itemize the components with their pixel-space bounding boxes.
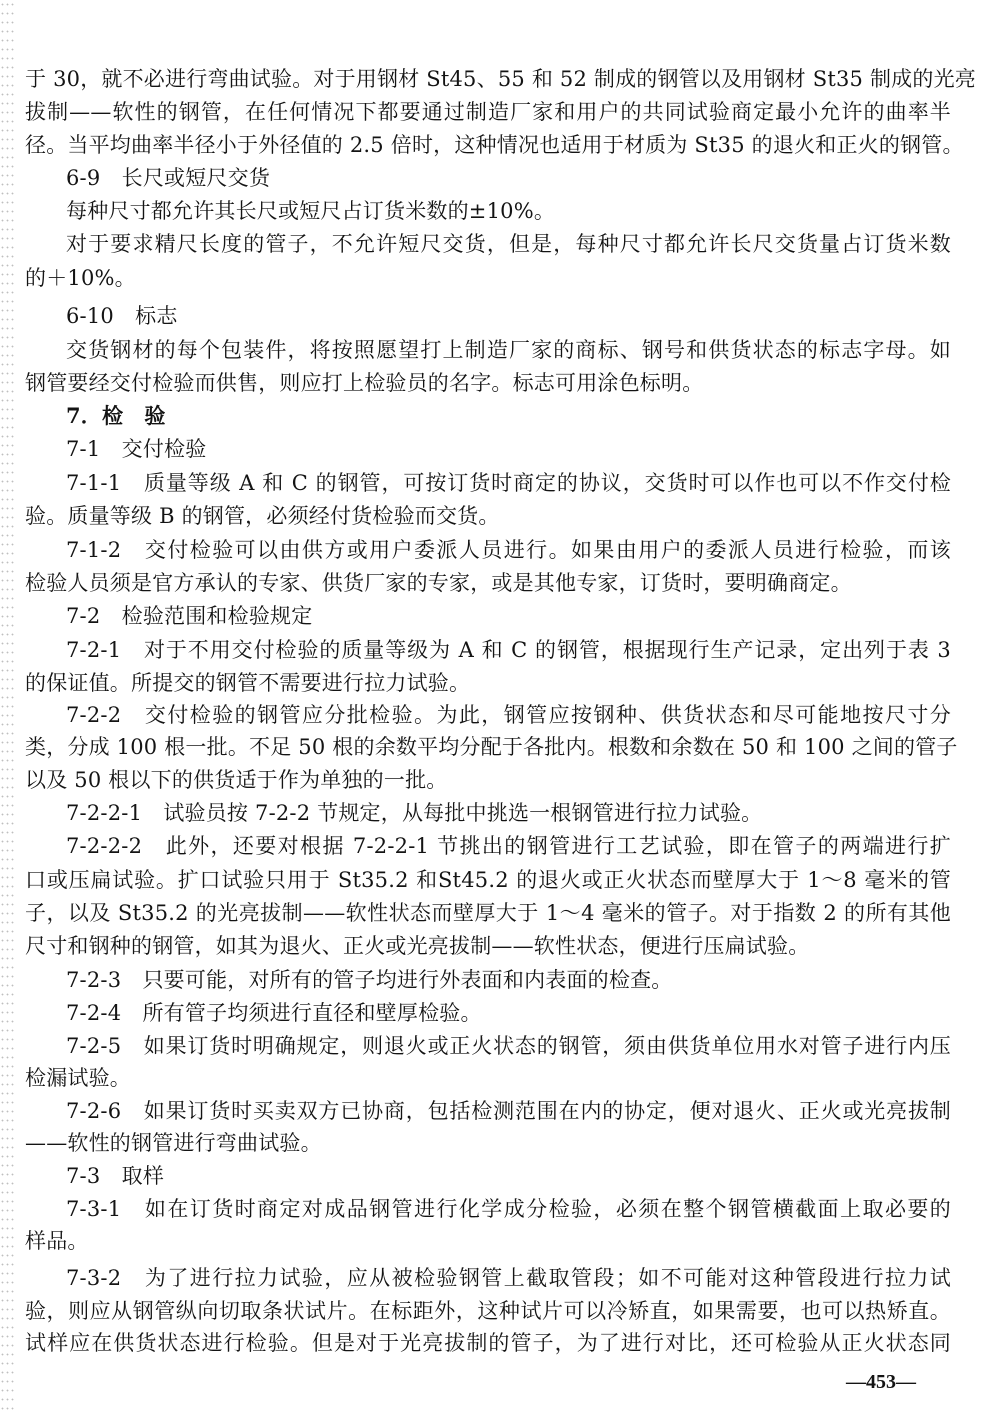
text-line: 钢管要经交付检验而供售，则应打上检验员的名字。标志可用涂色标明。 bbox=[25, 368, 703, 398]
text-line: 7-1-2 交付检验可以由供方或用户委派人员进行。如果由用户的委派人员进行检验，… bbox=[66, 535, 951, 565]
text-line: 口或压扁试验。扩口试验只用于 St35.2 和St45.2 的退火或正火状态而壁… bbox=[25, 865, 951, 895]
text-line: 试样应在供货状态进行检验。但是对于光亮拔制的管子，为了进行对比，还可检验从正火状… bbox=[25, 1328, 951, 1358]
text-line: 每种尺寸都允许其长尺或短尺占订货米数的±10%。 bbox=[66, 196, 555, 226]
text-line: 以及 50 根以下的供货适于作为单独的一批。 bbox=[25, 765, 447, 795]
text-line: 的＋10%。 bbox=[25, 263, 136, 293]
text-line: 径。当平均曲率半径小于外径值的 2.5 倍时，这种情况也适用于材质为 St35 … bbox=[25, 130, 951, 160]
text-line: 7-3-2 为了进行拉力试验，应从被检验钢管上截取管段；如不可能对这种管段进行拉… bbox=[66, 1263, 951, 1293]
section-heading-7-2: 7-2 检验范围和检验规定 bbox=[66, 601, 312, 631]
text-line: 7-2-5 如果订货时明确规定，则退火或正火状态的钢管，须由供货单位用水对管子进… bbox=[66, 1031, 951, 1061]
text-line: 尺寸和钢种的钢管，如其为退火、正火或光亮拔制——软性状态，便进行压扁试验。 bbox=[25, 931, 809, 961]
chapter-heading-7: 7．检 验 bbox=[66, 401, 166, 431]
text-line: 拔制——软性的钢管，在任何情况下都要通过制造厂家和用户的共同试验商定最小允许的曲… bbox=[25, 97, 951, 127]
text-line: 7-2-4 所有管子均须进行直径和壁厚检验。 bbox=[66, 998, 482, 1028]
scan-edge-specks bbox=[0, 0, 14, 1416]
text-line: 子，以及 St35.2 的光亮拔制——软性状态而壁厚大于 1～4 毫米的管子。对… bbox=[25, 898, 951, 928]
text-line: 检验人员须是官方承认的专家、供货厂家的专家，或是其他专家，订货时，要明确商定。 bbox=[25, 568, 852, 598]
page-number: —453— bbox=[846, 1368, 916, 1396]
text-line: 7-2-6 如果订货时买卖双方已协商，包括检测范围在内的协定，便对退火、正火或光… bbox=[66, 1096, 951, 1126]
text-line: 样品。 bbox=[25, 1226, 89, 1256]
section-heading-6-10: 6-10 标志 bbox=[66, 301, 178, 331]
section-heading-6-9: 6-9 长尺或短尺交货 bbox=[66, 163, 270, 193]
text-line: 对于要求精尺长度的管子，不允许短尺交货，但是，每种尺寸都允许长尺交货量占订货米数 bbox=[66, 229, 951, 259]
text-line: 7-2-1 对于不用交付检验的质量等级为 A 和 C 的钢管，根据现行生产记录，… bbox=[66, 635, 951, 665]
text-line: 7-2-2 交付检验的钢管应分批检验。为此，钢管应按钢种、供货状态和尽可能地按尺… bbox=[66, 700, 951, 730]
text-line: 验，则应从钢管纵向切取条状试片。在标距外，这种试片可以冷矫直，如果需要，也可以热… bbox=[25, 1296, 951, 1326]
text-line: 7-3-1 如在订货时商定对成品钢管进行化学成分检验，必须在整个钢管横截面上取必… bbox=[66, 1194, 951, 1224]
section-heading-7-1: 7-1 交付检验 bbox=[66, 434, 206, 464]
text-line: 7-1-1 质量等级 A 和 C 的钢管，可按订货时商定的协议，交货时可以作也可… bbox=[66, 468, 951, 498]
text-line: 于 30，就不必进行弯曲试验。对于用钢材 St45、55 和 52 制成的钢管以… bbox=[25, 64, 951, 94]
section-heading-7-3: 7-3 取样 bbox=[66, 1161, 164, 1191]
text-line: 检漏试验。 bbox=[25, 1063, 131, 1093]
text-line: 7-2-3 只要可能，对所有的管子均进行外表面和内表面的检查。 bbox=[66, 965, 672, 995]
text-line: 交货钢材的每个包装件，将按照愿望打上制造厂家的商标、钢号和供货状态的标志字母。如 bbox=[66, 335, 951, 365]
text-line: 的保证值。所提交的钢管不需要进行拉力试验。 bbox=[25, 668, 470, 698]
text-line: 7-2-2-1 试验员按 7-2-2 节规定，从每批中挑选一根钢管进行拉力试验。 bbox=[66, 798, 762, 828]
document-page: 于 30，就不必进行弯曲试验。对于用钢材 St45、55 和 52 制成的钢管以… bbox=[0, 0, 1004, 1416]
text-line: 验。质量等级 B 的钢管，必须经付货检验而交货。 bbox=[25, 501, 500, 531]
text-line: ——软性的钢管进行弯曲试验。 bbox=[25, 1128, 322, 1158]
text-line: 7-2-2-2 此外，还要对根据 7-2-2-1 节挑出的钢管进行工艺试验，即在… bbox=[66, 831, 951, 861]
text-line: 类，分成 100 根一批。不足 50 根的余数平均分配于各批内。根数和余数在 5… bbox=[25, 732, 951, 762]
